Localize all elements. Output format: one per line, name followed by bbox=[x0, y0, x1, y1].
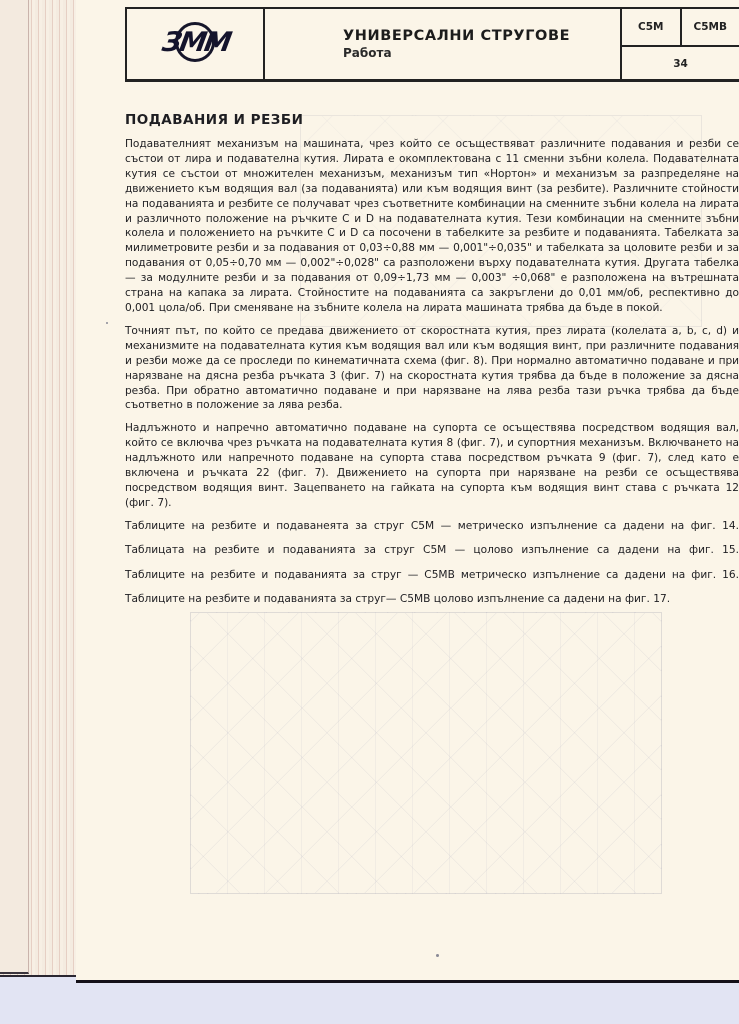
figure-reference-16: Таблиците на резбите и подаванията за ст… bbox=[125, 568, 739, 583]
paper-speck bbox=[436, 954, 439, 957]
figure-reference-15: Таблицата на резбите и подаванията за ст… bbox=[125, 543, 739, 558]
company-logo: ЗММ bbox=[135, 21, 255, 67]
page-header: ЗММ УНИВЕРСАЛНИ СТРУГОВЕ Работа C5M C5MB… bbox=[125, 7, 739, 82]
model-code-c5mb: C5MB bbox=[680, 9, 739, 45]
section-content: ПОДАВАНИЯ И РЕЗБИ Подавателният механизъ… bbox=[125, 112, 739, 616]
reverse-side-bleed-through-figure bbox=[190, 612, 662, 894]
page-number: 34 bbox=[622, 47, 739, 79]
logo-cell: ЗММ bbox=[125, 9, 265, 79]
model-codes: C5M C5MB bbox=[622, 9, 739, 47]
section-title: ПОДАВАНИЯ И РЕЗБИ bbox=[125, 112, 739, 128]
paragraph-carriage-feed: Надлъжното и напречно автоматично подава… bbox=[125, 421, 739, 510]
logo-text: ЗММ bbox=[137, 30, 256, 56]
model-code-c5m: C5M bbox=[622, 9, 680, 45]
document-subtitle: Работа bbox=[343, 45, 620, 61]
document-title: УНИВЕРСАЛНИ СТРУГОВЕ bbox=[343, 27, 620, 45]
figure-reference-17: Таблиците на резбите и подаванията за ст… bbox=[125, 592, 739, 607]
paper-speck bbox=[106, 322, 108, 324]
title-cell: УНИВЕРСАЛНИ СТРУГОВЕ Работа bbox=[265, 9, 620, 79]
page-stack-outer-edge bbox=[0, 0, 29, 974]
paragraph-motion-path: Точният път, по който се предава движени… bbox=[125, 324, 739, 413]
figure-reference-14: Таблиците на резбите и подаванеята за ст… bbox=[125, 519, 739, 534]
model-code-cell: C5M C5MB 34 bbox=[620, 9, 739, 79]
paragraph-feed-mechanism: Подавателният механизъм на машината, чре… bbox=[125, 137, 739, 316]
